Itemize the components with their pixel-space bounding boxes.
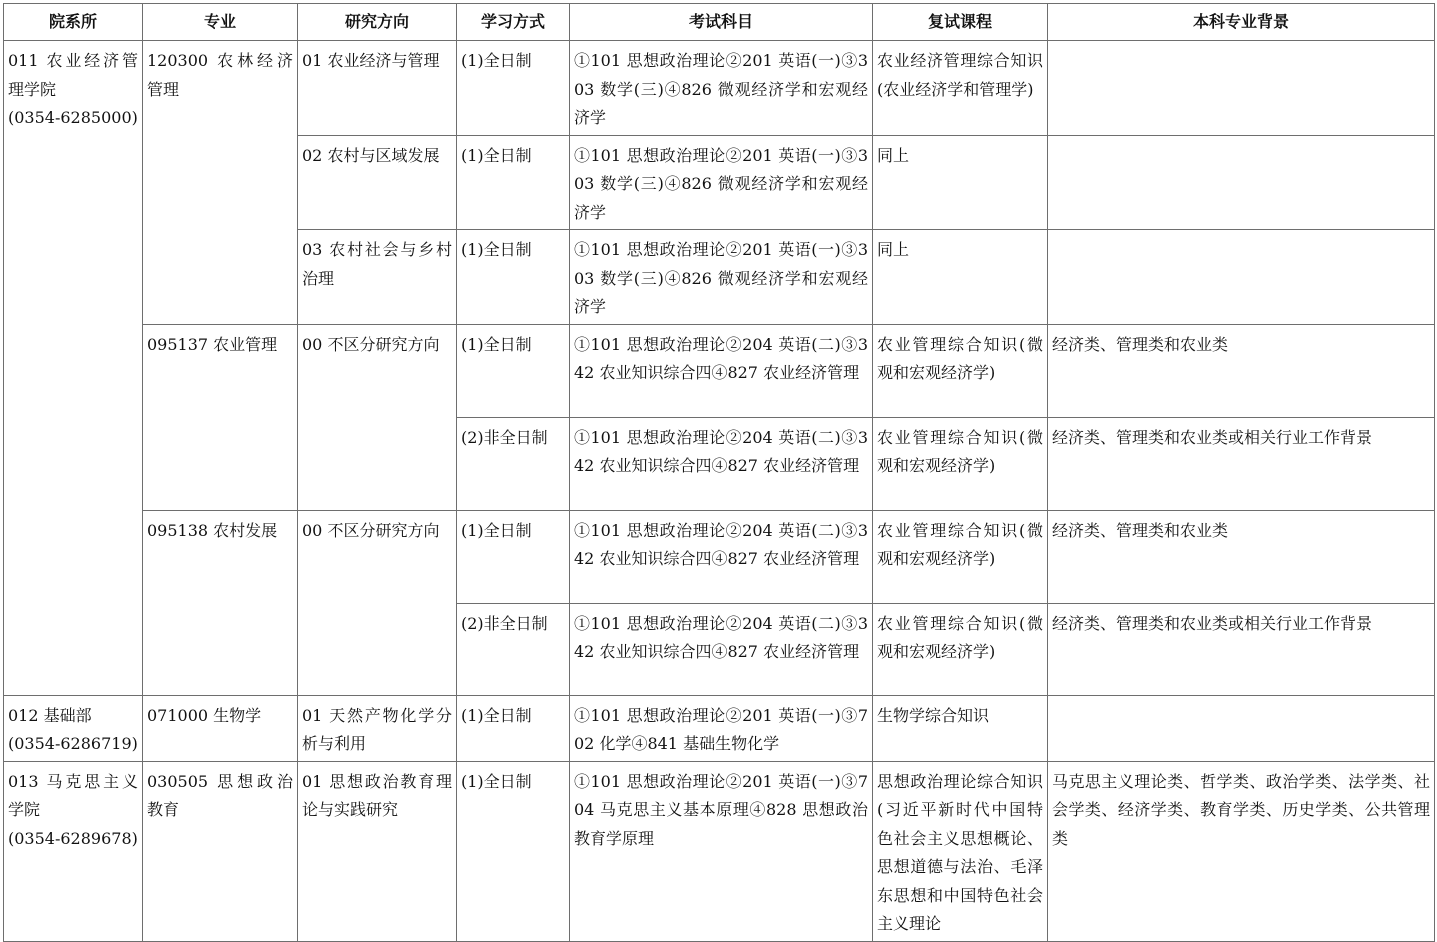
study-mode-cell: (2)非全日制 (457, 603, 570, 695)
table-row: 012 基础部 (0354-6286719) 071000 生物学 01 天然产… (4, 695, 1435, 761)
retest-course-cell: 同上 (873, 230, 1048, 325)
background-cell: 经济类、管理类和农业类或相关行业工作背景 (1048, 417, 1435, 510)
direction-cell: 00 不区分研究方向 (298, 510, 457, 695)
header-major: 专业 (143, 4, 298, 41)
background-cell: 经济类、管理类和农业类 (1048, 510, 1435, 603)
major-cell: 095137 农业管理 (143, 324, 298, 510)
major-cell: 030505 思想政治教育 (143, 761, 298, 934)
header-row: 院系所 专业 研究方向 学习方式 考试科目 复试课程 本科专业背景 (4, 4, 1435, 41)
department-name: 013 马克思主义学院 (8, 768, 138, 825)
direction-cell: 00 不区分研究方向 (298, 324, 457, 510)
background-cell: 马克思主义理论类、哲学类、政治学类、法学类、社会学类、经济学类、教育学类、历史学… (1048, 761, 1435, 934)
direction-cell: 02 农村与区域发展 (298, 135, 457, 230)
study-mode-cell: (1)全日制 (457, 135, 570, 230)
department-phone: (0354-6286719) (8, 730, 138, 759)
study-mode-cell: (1)全日制 (457, 324, 570, 417)
header-exam-subjects: 考试科目 (570, 4, 873, 41)
header-retest-course: 复试课程 (873, 4, 1048, 41)
retest-course-cell: 生物学综合知识 (873, 695, 1048, 761)
background-cell (1048, 230, 1435, 325)
study-mode-cell: (1)全日制 (457, 230, 570, 325)
background-cell: 经济类、管理类和农业类 (1048, 324, 1435, 417)
exam-subjects-cell: ①101 思想政治理论②204 英语(二)③342 农业知识综合四④827 农业… (570, 510, 873, 603)
department-cell: 011 农业经济管理学院 (0354-6285000) (4, 41, 143, 696)
header-direction: 研究方向 (298, 4, 457, 41)
department-name: 011 农业经济管理学院 (8, 47, 138, 104)
background-cell: 经济类、管理类和农业类或相关行业工作背景 (1048, 603, 1435, 695)
header-department: 院系所 (4, 4, 143, 41)
department-phone: (0354-6285000) (8, 104, 138, 133)
retest-course-cell: 农业管理综合知识(微观和宏观经济学) (873, 603, 1048, 695)
exam-subjects-cell: ①101 思想政治理论②201 英语(一)③303 数学(三)④826 微观经济… (570, 230, 873, 325)
background-cell (1048, 695, 1435, 761)
table-row: 095137 农业管理 00 不区分研究方向 (1)全日制 ①101 思想政治理… (4, 324, 1435, 417)
department-cell: 013 马克思主义学院 (0354-6289678) (4, 761, 143, 934)
study-mode-cell: (1)全日制 (457, 41, 570, 136)
admissions-table: 院系所 专业 研究方向 学习方式 考试科目 复试课程 本科专业背景 011 农业… (3, 3, 1435, 934)
table-row: 095138 农村发展 00 不区分研究方向 (1)全日制 ①101 思想政治理… (4, 510, 1435, 603)
major-cell: 071000 生物学 (143, 695, 298, 761)
direction-cell: 01 思想政治教育理论与实践研究 (298, 761, 457, 934)
department-cell: 012 基础部 (0354-6286719) (4, 695, 143, 761)
study-mode-cell: (1)全日制 (457, 761, 570, 934)
exam-subjects-cell: ①101 思想政治理论②201 英语(一)③303 数学(三)④826 微观经济… (570, 135, 873, 230)
header-undergrad-background: 本科专业背景 (1048, 4, 1435, 41)
exam-subjects-cell: ①101 思想政治理论②204 英语(二)③342 农业知识综合四④827 农业… (570, 417, 873, 510)
study-mode-cell: (2)非全日制 (457, 417, 570, 510)
exam-subjects-cell: ①101 思想政治理论②204 英语(二)③342 农业知识综合四④827 农业… (570, 324, 873, 417)
retest-course-cell: 农业管理综合知识(微观和宏观经济学) (873, 324, 1048, 417)
department-phone: (0354-6289678) (8, 825, 138, 854)
background-cell (1048, 135, 1435, 230)
study-mode-cell: (1)全日制 (457, 510, 570, 603)
retest-course-cell: 农业管理综合知识(微观和宏观经济学) (873, 510, 1048, 603)
header-study-mode: 学习方式 (457, 4, 570, 41)
department-name: 012 基础部 (8, 702, 138, 731)
retest-course-cell: 思想政治理论综合知识(习近平新时代中国特色社会主义思想概论、思想道德与法治、毛泽… (873, 761, 1048, 934)
exam-subjects-cell: ①101 思想政治理论②201 英语(一)③303 数学(三)④826 微观经济… (570, 41, 873, 136)
background-cell (1048, 41, 1435, 136)
table-row: 013 马克思主义学院 (0354-6289678) 030505 思想政治教育… (4, 761, 1435, 934)
direction-cell: 01 天然产物化学分析与利用 (298, 695, 457, 761)
retest-course-cell: 农业管理综合知识(微观和宏观经济学) (873, 417, 1048, 510)
major-cell: 095138 农村发展 (143, 510, 298, 695)
exam-subjects-cell: ①101 思想政治理论②201 英语(一)③704 马克思主义基本原理④828 … (570, 761, 873, 934)
table-row: 011 农业经济管理学院 (0354-6285000) 120300 农林经济管… (4, 41, 1435, 136)
direction-cell: 01 农业经济与管理 (298, 41, 457, 136)
direction-cell: 03 农村社会与乡村治理 (298, 230, 457, 325)
study-mode-cell: (1)全日制 (457, 695, 570, 761)
exam-subjects-cell: ①101 思想政治理论②201 英语(一)③702 化学④841 基础生物化学 (570, 695, 873, 761)
retest-course-cell: 同上 (873, 135, 1048, 230)
exam-subjects-cell: ①101 思想政治理论②204 英语(二)③342 农业知识综合四④827 农业… (570, 603, 873, 695)
major-cell: 120300 农林经济管理 (143, 41, 298, 325)
retest-course-cell: 农业经济管理综合知识(农业经济学和管理学) (873, 41, 1048, 136)
